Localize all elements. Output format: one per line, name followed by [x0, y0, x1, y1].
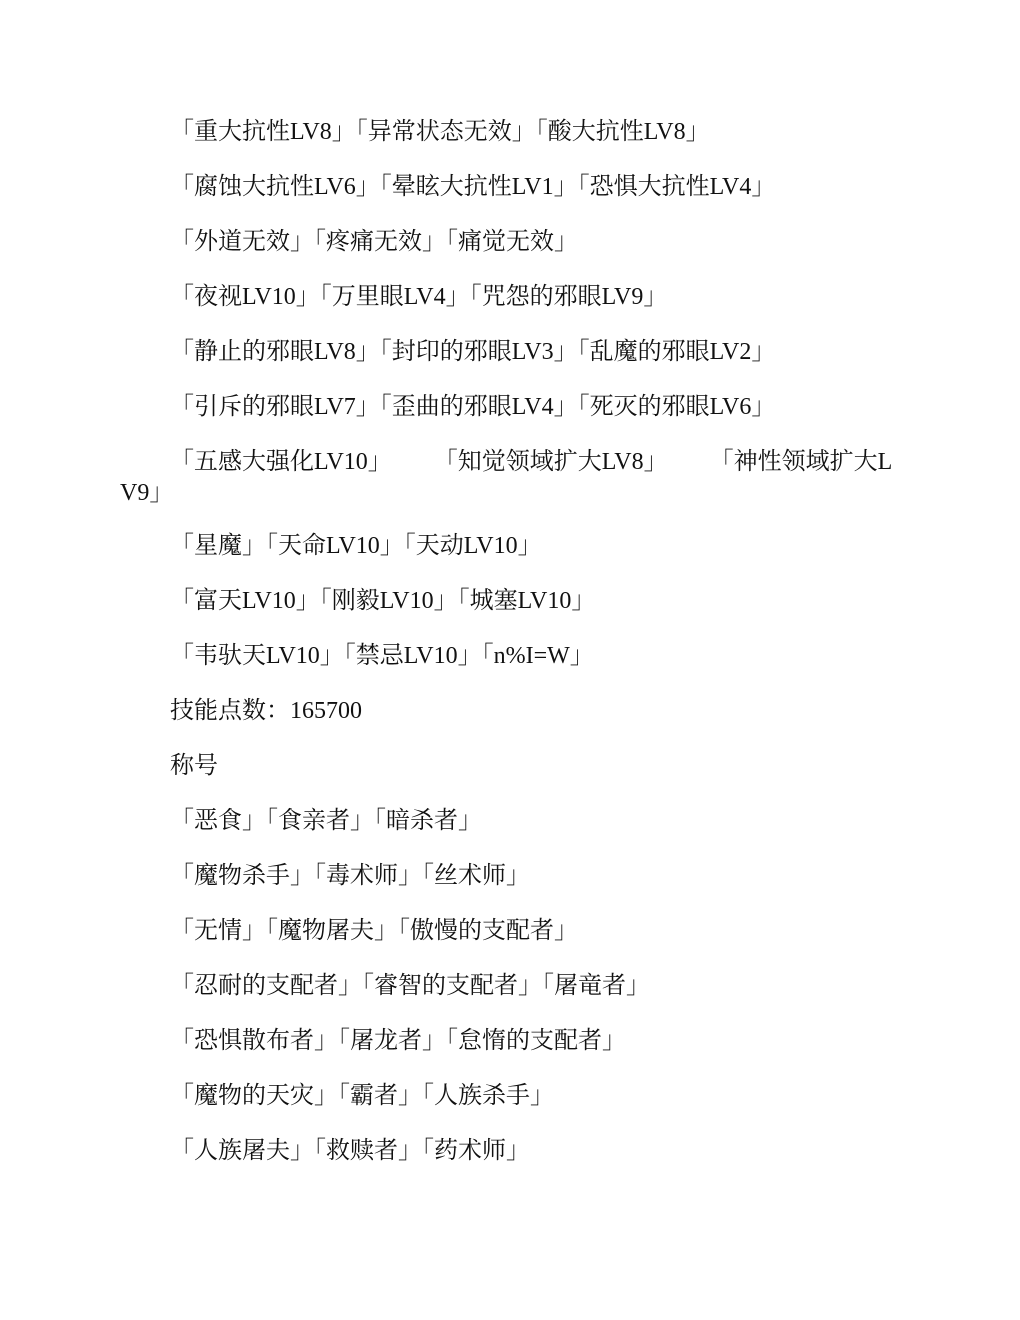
- title-item: 「屠龙者」: [338, 1028, 446, 1054]
- title-line: 「恐惧散布者」「屠龙者」「怠惰的支配者」: [120, 1026, 905, 1057]
- skill-line: 「重大抗性LV8」「异常状态无效」「酸大抗性LV8」: [120, 117, 905, 148]
- title-item: 「毒术师」: [314, 863, 422, 889]
- skill-line: 「静止的邪眼LV8」「封印的邪眼LV3」「乱魔的邪眼LV2」: [120, 337, 905, 368]
- skill-line: 「星魔」「天命LV10」「天动LV10」: [120, 531, 905, 562]
- skill-item: 「天命LV10」: [266, 533, 404, 559]
- title-item: 「丝术师」: [422, 863, 530, 889]
- skill-item: 「歪曲的邪眼LV4」: [380, 394, 578, 420]
- skill-item: 「刚毅LV10」: [320, 588, 458, 614]
- document-page: 「重大抗性LV8」「异常状态无效」「酸大抗性LV8」 「腐蚀大抗性LV6」「晕眩…: [120, 117, 905, 1191]
- title-item: 「睿智的支配者」: [362, 973, 542, 999]
- skill-item: 「死灭的邪眼LV6」: [578, 394, 776, 420]
- skill-item: 「韦驮天LV10」: [170, 643, 344, 669]
- skill-line: 「腐蚀大抗性LV6」「晕眩大抗性LV1」「恐惧大抗性LV4」: [120, 172, 905, 203]
- title-line: 「恶食」「食亲者」「暗杀者」: [120, 806, 905, 837]
- skill-item: 「引斥的邪眼LV7」: [170, 394, 380, 420]
- skill-item: 「咒怨的邪眼LV9」: [470, 284, 668, 310]
- skill-item: 「n%I=W」: [482, 643, 594, 669]
- title-item: 「魔物屠夫」: [266, 918, 398, 944]
- title-item: 「魔物的天灾」: [170, 1083, 338, 1109]
- skill-item: 「封印的邪眼LV3」: [380, 339, 578, 365]
- title-item: 「傲慢的支配者」: [398, 918, 578, 944]
- title-item: 「怠惰的支配者」: [446, 1028, 626, 1054]
- skill-points-label: 技能点数：: [170, 698, 290, 724]
- title-line: 「无情」「魔物屠夫」「傲慢的支配者」: [120, 916, 905, 947]
- skill-item: 「酸大抗性LV8」: [536, 119, 710, 145]
- skill-line: 「外道无效」「疼痛无效」「痛觉无效」: [120, 227, 905, 258]
- title-item: 「恶食」: [170, 808, 266, 834]
- skill-item: 「腐蚀大抗性LV6」: [170, 174, 380, 200]
- title-item: 「忍耐的支配者」: [170, 973, 362, 999]
- title-item: 「暗杀者」: [374, 808, 482, 834]
- title-item: 「恐惧散布者」: [170, 1028, 338, 1054]
- skill-item: 「城塞LV10」: [458, 588, 596, 614]
- title-line: 「魔物杀手」「毒术师」「丝术师」: [120, 861, 905, 892]
- title-item: 「食亲者」: [266, 808, 374, 834]
- skill-line: 「五感大强化LV10」「知觉领域扩大LV8」「神性领域扩大LV9」: [120, 447, 905, 509]
- skill-item: 「外道无效」: [170, 229, 314, 255]
- title-item: 「人族屠夫」: [170, 1138, 314, 1164]
- title-item: 「无情」: [170, 918, 266, 944]
- skill-line: 「引斥的邪眼LV7」「歪曲的邪眼LV4」「死灭的邪眼LV6」: [120, 392, 905, 423]
- skill-item: 「五感大强化LV10」: [170, 449, 392, 475]
- skill-item: 「星魔」: [170, 533, 266, 559]
- title-item: 「霸者」: [338, 1083, 422, 1109]
- skill-item: 「晕眩大抗性LV1」: [380, 174, 578, 200]
- skill-item: 「乱魔的邪眼LV2」: [578, 339, 776, 365]
- skill-item: 「夜视LV10」: [170, 284, 320, 310]
- skill-item: 「富天LV10」: [170, 588, 320, 614]
- title-line: 「人族屠夫」「救赎者」「药术师」: [120, 1136, 905, 1167]
- skill-item: 「异常状态无效」: [356, 119, 536, 145]
- title-line: 「魔物的天灾」「霸者」「人族杀手」: [120, 1081, 905, 1112]
- title-item: 「魔物杀手」: [170, 863, 314, 889]
- titles-heading: 称号: [120, 751, 905, 782]
- skill-item: 「疼痛无效」: [314, 229, 446, 255]
- skill-item: 「知觉领域扩大LV8」: [434, 449, 668, 475]
- skill-item: 「痛觉无效」: [446, 229, 578, 255]
- title-item: 「人族杀手」: [422, 1083, 554, 1109]
- title-line: 「忍耐的支配者」「睿智的支配者」「屠竜者」: [120, 971, 905, 1002]
- skill-item: 「天动LV10」: [404, 533, 542, 559]
- skill-item: 「静止的邪眼LV8」: [170, 339, 380, 365]
- skill-item: 「万里眼LV4」: [320, 284, 470, 310]
- skill-item: 「重大抗性LV8」: [170, 119, 356, 145]
- skill-points-value: 165700: [290, 698, 362, 724]
- skill-points: 技能点数：165700: [120, 696, 905, 727]
- title-item: 「药术师」: [422, 1138, 530, 1164]
- skill-line: 「韦驮天LV10」「禁忌LV10」「n%I=W」: [120, 641, 905, 672]
- skill-line: 「夜视LV10」「万里眼LV4」「咒怨的邪眼LV9」: [120, 282, 905, 313]
- skill-item: 「恐惧大抗性LV4」: [578, 174, 776, 200]
- title-item: 「屠竜者」: [542, 973, 650, 999]
- title-item: 「救赎者」: [314, 1138, 422, 1164]
- skill-line: 「富天LV10」「刚毅LV10」「城塞LV10」: [120, 586, 905, 617]
- skill-item: 「禁忌LV10」: [344, 643, 482, 669]
